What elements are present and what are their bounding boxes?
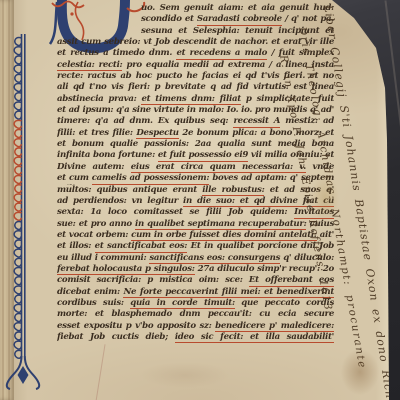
- text-line: morte: et blasphemado dnm peccau'it: cu …: [57, 309, 334, 320]
- text-run: filii: et tres filie:: [57, 128, 136, 138]
- rubricated-phrase: recessit A: [233, 116, 280, 127]
- text-run: Divine autem:: [57, 162, 131, 172]
- rubricated-phrase: camelis ad possessionem:: [92, 173, 209, 184]
- text-line: et illos: et sanctificabat eos: Et in qu…: [57, 241, 334, 252]
- text-line: esset expositu p v'bo apposito sz: bened…: [57, 321, 334, 332]
- text-run: sue: et pro anno: [57, 219, 135, 229]
- text-run: et cum: [57, 173, 92, 183]
- rubricated-phrase: benedicere p' maledicere:: [215, 321, 334, 332]
- text-line: et rectus a timedo dnm. et recedens a ma…: [57, 48, 334, 59]
- text-line: sue: et pro anno in qualibet septimana r…: [57, 219, 334, 230]
- text-line: cordibus suis: quia in corde timuit: que…: [57, 298, 334, 309]
- text-run: esset expositu p v'bo apposito sz:: [57, 321, 215, 331]
- rubricated-phrase: cum in orbe fuisset dies domini antelati…: [131, 230, 317, 241]
- text-line: sesuna et Selesphia: tenuit incipiunt et…: [57, 26, 334, 37]
- text-run: fiebat Job cuctis dieb;: [57, 332, 175, 342]
- text-run: cordibus suis:: [57, 298, 130, 308]
- photo-backdrop: uo. Sem genuit aiam: et aia genuit hud:s…: [0, 0, 400, 400]
- text-run: uo.: [141, 3, 160, 13]
- rubricated-phrase: Sem genuit aiam: et aia genuit hud:: [160, 3, 334, 14]
- text-line: eu illud i communi: sanctificans eos: co…: [57, 253, 334, 264]
- text-line: multos: quibus antique erant ille robust…: [57, 185, 334, 196]
- text-block: uo. Sem genuit aiam: et aia genuit hud:s…: [57, 3, 334, 343]
- text-line: dicebat enim: Ne forte peccaverint filii…: [57, 287, 334, 298]
- rubricated-phrase: et timens dnm: filiat: [141, 94, 240, 105]
- rubricated-phrase: eius erat circa quam necessaria: v.: [131, 162, 306, 173]
- book-cover-edge: [384, 0, 400, 139]
- text-line: comisit sacrificia: p mistica oim: sce: …: [57, 275, 334, 286]
- rubricated-phrase: in malo: Io. io.: [187, 105, 252, 116]
- penwork-border-bar: [0, 0, 55, 400]
- rubricated-phrase: in qualibet septimana recuperabatur:: [135, 219, 306, 230]
- rubricated-phrase: Despectu: [136, 128, 178, 139]
- rubricated-phrase: et recedens a malo: [176, 48, 267, 59]
- text-line: ferebat holocausta p singulos: 27a diluc…: [57, 264, 334, 275]
- text-line: et cum camelis ad possessionem: boves ad…: [57, 173, 334, 184]
- stain: [140, 362, 230, 388]
- text-run: et vocat orbem:: [57, 230, 131, 240]
- text-line: et vocat orbem: cum in orbe fuisset dies…: [57, 230, 334, 241]
- rubricated-phrase: ferebat holocausta p singulos:: [57, 264, 195, 275]
- text-line: ad perdiendos: vn legitur in die suo: et…: [57, 196, 334, 207]
- text-run: timere: q'a ad dnm. Ex quibus seq:: [57, 116, 233, 126]
- text-run: morte: et blasphemado dnm peccau'it: cu …: [57, 309, 334, 320]
- text-run: et illos:: [57, 241, 95, 251]
- text-run: sexta: 1a loco comitasset se filii Job q…: [57, 207, 294, 217]
- text-line: assit cum sebreio: vt Job descendit de n…: [57, 37, 334, 48]
- text-run: multos: quibus antique erant: [57, 185, 202, 195]
- manuscript-page: uo. Sem genuit aiam: et aia genuit hud:s…: [0, 0, 400, 400]
- rubricated-phrase: ille robustus:: [202, 185, 264, 196]
- text-run: et ad ipsum: q'a sine virtute: [57, 105, 187, 115]
- text-run: abstinecia prava:: [57, 94, 141, 104]
- text-line: scondido et Saradasti cobreole / q' not …: [57, 14, 334, 25]
- text-run: comisit sacrificia: p mistica oim: sce:: [57, 275, 249, 285]
- text-line: sexta: 1a loco comitasset se filii Job q…: [57, 207, 334, 218]
- text-line: fiebat Job cuctis dieb; ideo sic fecit: …: [57, 332, 334, 343]
- text-run: ad perdiendos: vn legitur: [57, 196, 183, 206]
- rubricated-phrase: Ne forte peccaverint filii mei: et bened…: [123, 287, 334, 298]
- text-run: et bonum qualie passionis: 2aa qualia su…: [57, 139, 278, 149]
- rubricated-phrase: et sanctificabat eos:: [95, 241, 187, 252]
- rubricated-phrase: quia in corde timuit:: [130, 298, 235, 309]
- text-run: scondido et: [141, 14, 197, 24]
- text-run: et rectus a timedo dnm.: [57, 48, 176, 58]
- rubricated-phrase: celestia: recti:: [57, 60, 122, 71]
- text-line: infinita bona fortune: et fuit possessio…: [57, 150, 334, 161]
- rubricated-phrase: sanctificans eos: consurgens: [149, 253, 280, 264]
- parchment-crease: [95, 344, 105, 400]
- text-run: dicebat enim:: [57, 287, 123, 297]
- text-run: assit cum sebreio: vt Job descendit de n…: [57, 37, 271, 47]
- rubricated-phrase: et fuit possessio ei9: [158, 150, 248, 161]
- rubricated-phrase: Saradasti cobreole: [197, 14, 282, 25]
- text-line: Divine autem: eius erat circa quam neces…: [57, 162, 334, 173]
- text-run: infinita bona fortune:: [57, 150, 158, 160]
- text-line: uo. Sem genuit aiam: et aia genuit hud:: [57, 3, 334, 14]
- text-line: celestia: recti: pro equalia medii ad ex…: [57, 60, 334, 71]
- text-run: eu illud i communi:: [57, 253, 149, 263]
